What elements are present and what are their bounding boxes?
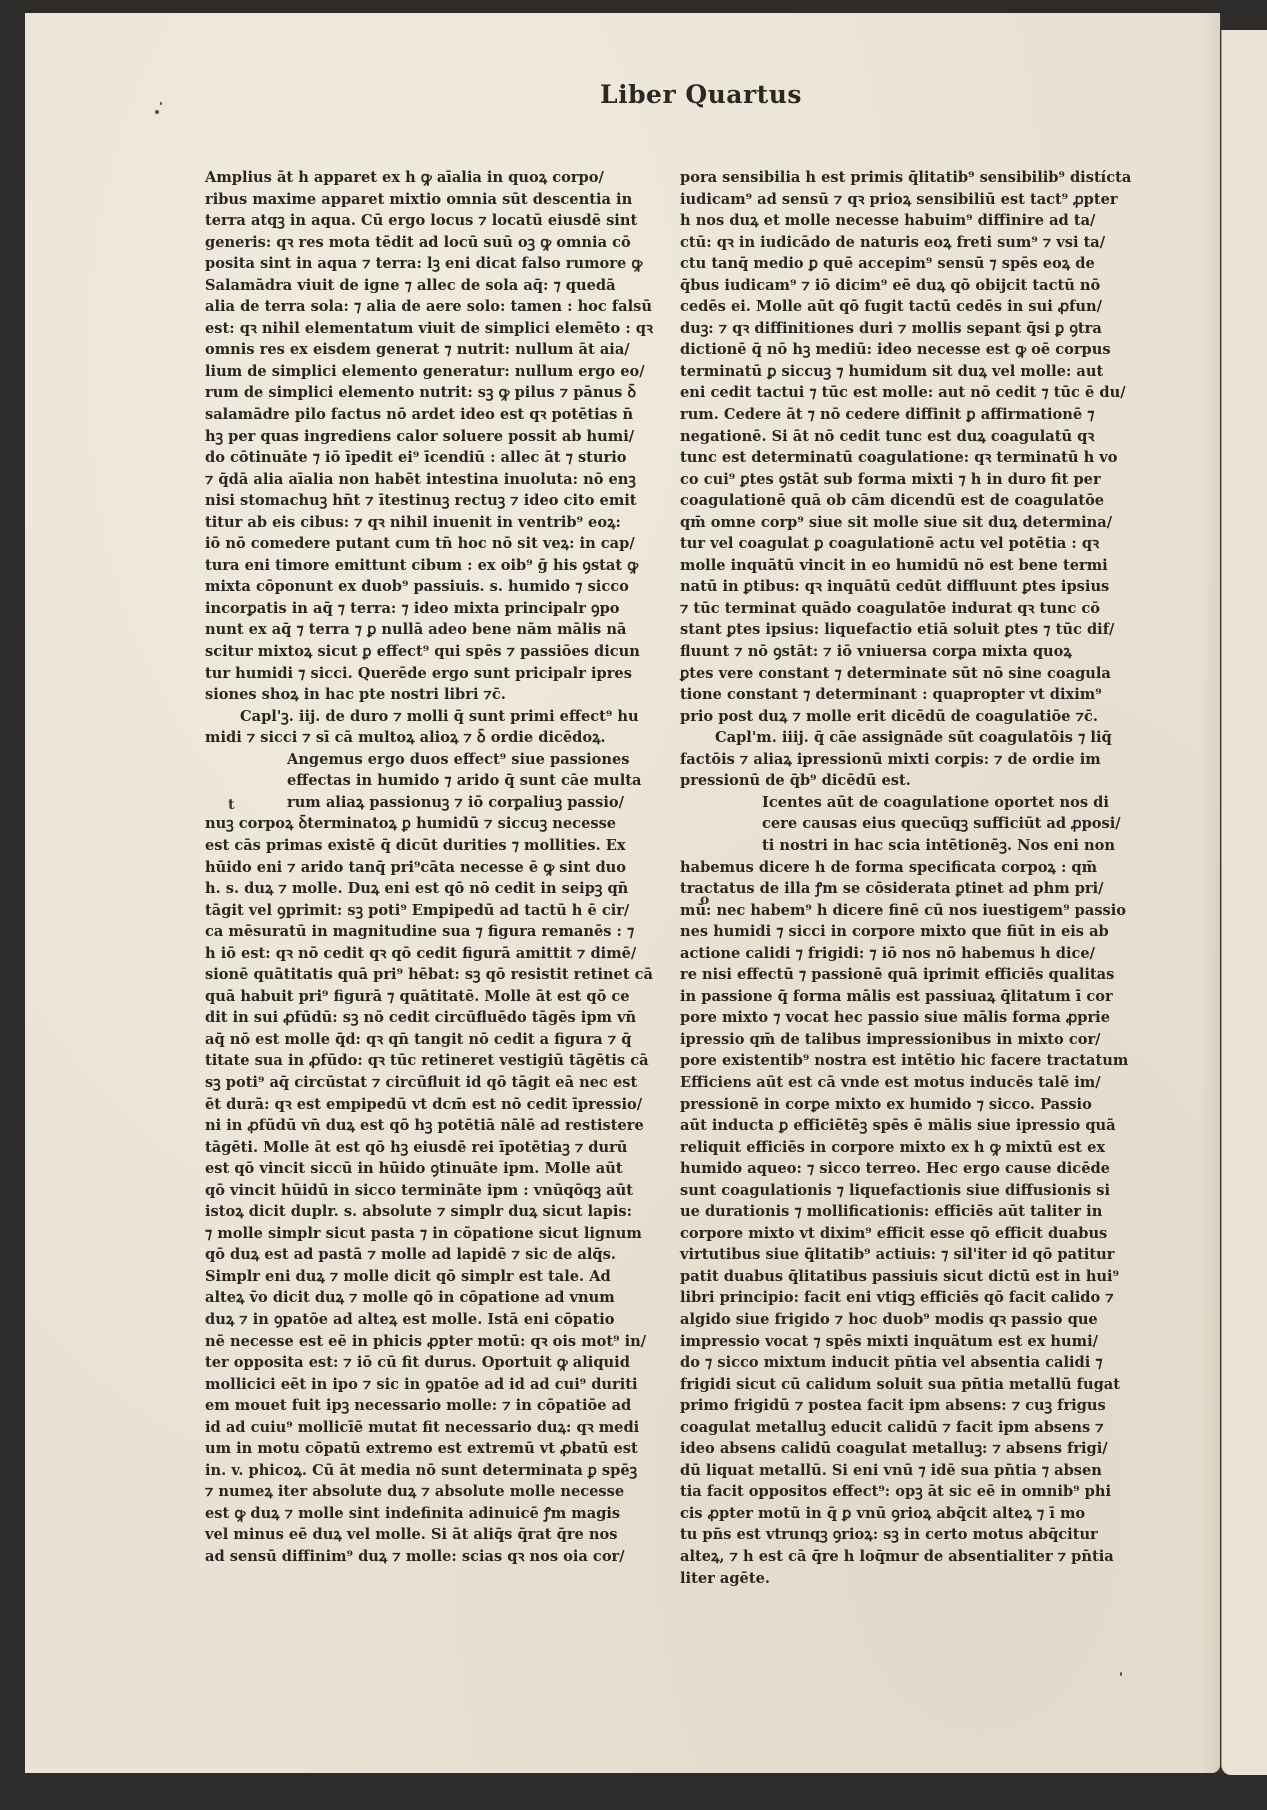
text-line: Efficiens aūt est cā vnde est motus indu… [680, 1072, 1112, 1094]
text-line: aq̄ nō est molle q̄d: qꝛ qn̄ tangit nō c… [205, 1029, 643, 1051]
text-line: midi ⁊ sicci ⁊ sī cā multoꝝ alioꝝ ⁊ ꝺ̄ o… [205, 727, 643, 749]
text-line: ⁊ q̄dā alia aīalia non habēt intestina i… [205, 469, 643, 491]
text-line: incorꝑatis in aq̄ ⁊ terra: ⁊ ideo mixta … [205, 598, 643, 620]
text-line: sꝫ poti⁹ aq̄ circūstat ⁊ circūfluit id q… [205, 1072, 643, 1094]
text-line: sunt coagulationis ⁊ liquefactionis siue… [680, 1180, 1112, 1202]
text-line: ad sensū diffinim⁹ duꝝ ⁊ molle: scias qꝛ… [205, 1546, 643, 1568]
text-line: frigidi sicut cū calidum soluit sua pn̄t… [680, 1374, 1112, 1396]
text-line: pore existentib⁹ nostra est intētio hic … [680, 1050, 1112, 1072]
text-line: ⁊ numeꝝ iter absolute duꝝ ⁊ absolute mol… [205, 1481, 643, 1503]
text-line: qō duꝝ est ad pastā ⁊ molle ad lapidē ⁊ … [205, 1244, 643, 1266]
text-line: pressionū de q̄b⁹ dicēdū est. [680, 770, 1112, 792]
text-line: impressio vocat ⁊ spēs mixti inquātum es… [680, 1331, 1112, 1353]
text-line: h nos duꝝ et molle necesse habuim⁹ diffi… [680, 210, 1112, 232]
text-line: algido siue frigido ⁊ hoc duob⁹ modis qꝛ… [680, 1309, 1112, 1331]
text-line: siones shoꝝ in hac pte nostri libri ⁊c̄. [205, 684, 643, 706]
text-line: pore mixto ⁊ vocat hec passio siue mālis… [680, 1007, 1112, 1029]
text-line: Angemus ergo duos effect⁹ siue passiones [205, 749, 643, 771]
text-line: id ad cuiu⁹ mollicīē mutat fit necessari… [205, 1417, 643, 1439]
text-line: rum aliaꝝ passionuꝫ ⁊ iō corꝑaliuꝫ passi… [205, 792, 643, 814]
text-line: rum de simplici elemento nutrit: sꝫ ꝙ pi… [205, 382, 643, 404]
text-line: patit duabus q̄litatibus passiuis sicut … [680, 1266, 1112, 1288]
text-line: sionē quātitatis quā pri⁹ hēbat: sꝫ qō r… [205, 964, 643, 986]
text-line: molle inquātū vincit in eo humidū nō est… [680, 555, 1112, 577]
text-line: ca mēsuratū in magnitudine sua ⁊ figura … [205, 921, 643, 943]
text-line: fluunt ⁊ nō ꝯstāt: ⁊ iō vniuersa corꝑa m… [680, 641, 1112, 663]
text-line: est ꝙ duꝝ ⁊ molle sint indefinita adinui… [205, 1503, 643, 1525]
text-line: tāgit vel ꝯprimit: sꝫ poti⁹ Empipedū ad … [205, 900, 643, 922]
text-line: do cōtinuāte ⁊ iō īpedit ei⁹ īcendiū : a… [205, 447, 643, 469]
text-line: eni cedit tactui ⁊ tūc est molle: aut nō… [680, 382, 1112, 404]
text-line: hꝫ per quas ingrediens calor soluere pos… [205, 426, 643, 448]
text-line: coagulationē quā ob cām dicendū est de c… [680, 490, 1112, 512]
guide-letter-right: o [700, 892, 709, 908]
text-line: Capl'ꝫ. iij. de duro ⁊ molli q̄ sunt pri… [205, 706, 643, 728]
text-line: cedēs ei. Molle aūt qō fugit tactū cedēs… [680, 296, 1112, 318]
text-line: ctu tanq̄ medio ꝑ quē accepim⁹ sensū ⁊ s… [680, 253, 1112, 275]
text-line: h iō est: qꝛ nō cedit qꝛ qō cedit figurā… [205, 943, 643, 965]
text-line: rum. Cedere āt ⁊ nō cedere diffinit ꝑ af… [680, 404, 1112, 426]
text-line: corpore mixto vt dixim⁹ efficit esse qō … [680, 1223, 1112, 1245]
text-line: tura eni timore emittunt cibum : ex oib⁹… [205, 555, 643, 577]
text-line: tunc est determinatū coagulatione: qꝛ te… [680, 447, 1112, 469]
text-line: lium de simplici elemento generatur: nul… [205, 361, 643, 383]
text-line: cere causas eius quecūqꝫ sufficiūt ad ꝓp… [680, 813, 1112, 835]
text-line: primo frigidū ⁊ postea facit ipm absens:… [680, 1395, 1112, 1417]
text-line: tāgēti. Molle āt est qō hꝫ eiusdē rei īp… [205, 1137, 643, 1159]
text-line: mollicici eēt in ipo ⁊ sic in ꝯpatōe ad … [205, 1374, 643, 1396]
text-line: re nisi effectū ⁊ passionē quā iprimit e… [680, 964, 1112, 986]
text-line: Icentes aūt de coagulatione oportet nos … [680, 792, 1112, 814]
text-line: Simplr eni duꝝ ⁊ molle dicit qō simplr e… [205, 1266, 643, 1288]
guide-letter-left: t [228, 797, 234, 813]
text-line: generis: qꝛ res mota tēdit ad locū suū o… [205, 232, 643, 254]
running-head: Liber Quartus [600, 80, 802, 109]
text-line: terminatū ꝑ siccuꝫ ⁊ humidum sit duꝝ vel… [680, 361, 1112, 383]
text-line: ꝑtes vere constant ⁊ determinate sūt nō … [680, 663, 1112, 685]
text-line: ēt durā: qꝛ est empipedū vt dcm̄ est nō … [205, 1094, 643, 1116]
text-line: negationē. Si āt nō cedit tunc est duꝝ c… [680, 426, 1112, 448]
text-line: dictionē q̄ nō hꝫ mediū: ideo necesse es… [680, 339, 1112, 361]
text-line: omnis res ex eisdem generat ⁊ nutrit: nu… [205, 339, 643, 361]
paper-speck [1120, 1672, 1122, 1676]
text-line: Amplius āt h apparet ex h ꝙ aīalia in qu… [205, 167, 643, 189]
text-line: istoꝝ dicit duplr. s. absolute ⁊ simplr … [205, 1201, 643, 1223]
text-line: mixta cōponunt ex duob⁹ passiuis. s. hum… [205, 576, 643, 598]
text-line: terra atqꝫ in aqua. Cū ergo locus ⁊ loca… [205, 210, 643, 232]
text-column-left: Amplius āt h apparet ex h ꝙ aīalia in qu… [205, 167, 643, 1568]
text-column-right: pora sensibilia h est primis q̄litatib⁹ … [680, 167, 1112, 1589]
text-line: posita sint in aqua ⁊ terra: lꝫ eni dica… [205, 253, 643, 275]
text-line: ni in ꝓfūdū vn̄ duꝝ est qō hꝫ potētiā nā… [205, 1115, 643, 1137]
text-line: qō vincit hūidū in sicco termināte ipm :… [205, 1180, 643, 1202]
text-line: ter opposita est: ⁊ iō cū fit durus. Opo… [205, 1352, 643, 1374]
text-line: ⁊ tūc terminat quādo coagulatōe indurat … [680, 598, 1112, 620]
text-line: cis ꝓpter motū in q̄ ꝑ vnū ꝯrioꝝ abq̄cit… [680, 1503, 1112, 1525]
text-line: alia de terra sola: ⁊ alia de aere solo:… [205, 296, 643, 318]
text-line: Salamādra viuit de igne ⁊ allec de sola … [205, 275, 643, 297]
text-line: nunt ex aq̄ ⁊ terra ⁊ ꝑ nullā adeo bene … [205, 619, 643, 641]
text-line: pora sensibilia h est primis q̄litatib⁹ … [680, 167, 1112, 189]
text-line: ctū: qꝛ in iudicādo de naturis eoꝝ freti… [680, 232, 1112, 254]
text-line: iō nō comedere putant cum tn̄ hoc nō sit… [205, 533, 643, 555]
text-line: duꝫ: ⁊ qꝛ diffinitiones duri ⁊ mollis se… [680, 318, 1112, 340]
text-line: dit in sui ꝓfūdū: sꝫ nō cedit circūfluēd… [205, 1007, 643, 1029]
text-line: tur humidi ⁊ sicci. Querēde ergo sunt pr… [205, 663, 643, 685]
text-line: aūt inducta ꝑ efficiētēꝫ spēs ē mālis si… [680, 1115, 1112, 1137]
text-line: titur ab eis cibus: ⁊ qꝛ nihil inuenit i… [205, 512, 643, 534]
text-line: scitur mixtoꝝ sicut ꝑ effect⁹ qui spēs ⁊… [205, 641, 643, 663]
text-line: nuꝫ corpoꝝ ꝺ̄terminatoꝝ ꝑ humidū ⁊ siccu… [205, 813, 643, 835]
text-line: ti nostri in hac scia intētionēꝫ. Nos en… [680, 835, 1112, 857]
text-line: reliquit efficiēs in corpore mixto ex h … [680, 1137, 1112, 1159]
text-line: ipressio qm̄ de talibus impressionibus i… [680, 1029, 1112, 1051]
text-line: est qō vincit siccū in hūido ꝯtinuāte ip… [205, 1158, 643, 1180]
text-line: coagulat metalluꝫ educit calidū ⁊ facit … [680, 1417, 1112, 1439]
text-line: ribus maxime apparet mixtio omnia sūt de… [205, 189, 643, 211]
text-line: em mouet fuit ipꝫ necessario molle: ⁊ in… [205, 1395, 643, 1417]
text-line: prio post duꝝ ⁊ molle erit dicēdū de coa… [680, 706, 1112, 728]
text-line: vel minus eē duꝝ vel molle. Si āt aliq̄s… [205, 1524, 643, 1546]
text-line: est cās primas existē q̄ dicūt durities … [205, 835, 643, 857]
text-line: q̄bus iudicam⁹ ⁊ iō dicim⁹ eē duꝝ qō obi… [680, 275, 1112, 297]
text-line: h. s. duꝝ ⁊ molle. Duꝝ eni est qō nō ced… [205, 878, 643, 900]
text-line: hūido eni ⁊ arido tanq̄ pri⁹cāta necesse… [205, 857, 643, 879]
text-line: libri principio: facit eni vtiqꝫ efficiē… [680, 1287, 1112, 1309]
page-fold-shadow [1200, 13, 1221, 1773]
text-line: quā habuit pri⁹ figurā ⁊ quātitatē. Moll… [205, 986, 643, 1008]
text-line: alteꝝ v̄o dicit duꝝ ⁊ molle qō in cōpati… [205, 1287, 643, 1309]
text-line: actione calidi ⁊ frigidi: ⁊ iō nos nō ha… [680, 943, 1112, 965]
text-line: est: qꝛ nihil elementatum viuit de simpl… [205, 318, 643, 340]
text-line: humido aqueo: ⁊ sicco terreo. Hec ergo c… [680, 1158, 1112, 1180]
text-line: titate sua in ꝓfūdo: qꝛ tūc retineret ve… [205, 1050, 643, 1072]
text-line: liter agēte. [680, 1568, 1112, 1590]
text-line: ideo absens calidū coagulat metalluꝫ: ⁊ … [680, 1438, 1112, 1460]
text-line: in passione q̄ forma mālis est passiuaꝝ … [680, 986, 1112, 1008]
text-line: tia facit oppositos effect⁹: opꝫ āt sic … [680, 1481, 1112, 1503]
text-line: habemus dicere h de forma specificata co… [680, 857, 1112, 879]
text-line: stant ꝑtes ipsius: liquefactio etiā solu… [680, 619, 1112, 641]
text-line: co cui⁹ ꝑtes ꝯstāt sub forma mixti ⁊ h i… [680, 469, 1112, 491]
text-line: nē necesse est eē in phicis ꝓpter motū: … [205, 1331, 643, 1353]
text-line: pressionē in corꝑe mixto ex humido ⁊ sic… [680, 1094, 1112, 1116]
text-line: factōis ⁊ aliaꝝ ipressionū mixti corꝑis:… [680, 749, 1112, 771]
text-line: duꝝ ⁊ in ꝯpatōe ad alteꝝ est molle. Istā… [205, 1309, 643, 1331]
text-line: Capl'm. iiij. q̄ cāe assignāde sūt coagu… [680, 727, 1112, 749]
paper-speck [155, 110, 159, 114]
text-line: nisi stomachuꝫ hn̄t ⁊ ītestinuꝫ rectuꝫ ⁊… [205, 490, 643, 512]
text-line: nes humidi ⁊ sicci in corpore mixto que … [680, 921, 1112, 943]
text-line: virtutibus siue q̄litatib⁹ actiuis: ⁊ si… [680, 1244, 1112, 1266]
text-line: tione constant ⁊ determinant : quapropte… [680, 684, 1112, 706]
text-line: tractatus de illa ꝭm se cōsiderata ꝑtine… [680, 878, 1112, 900]
text-line: tur vel coagulat ꝑ coagulationē actu vel… [680, 533, 1112, 555]
text-line: alteꝝ, ⁊ h est cā q̄re h loq̄mur de abse… [680, 1546, 1112, 1568]
text-line: salamādre pilo factus nō ardet ideo est … [205, 404, 643, 426]
text-line: tu pn̄s est vtrunqꝫ ꝯrioꝝ: sꝫ in certo m… [680, 1524, 1112, 1546]
text-line: qm̄ omne corp⁹ siue sit molle siue sit d… [680, 512, 1112, 534]
text-line: ue durationis ⁊ mollificationis: efficiē… [680, 1201, 1112, 1223]
paper-speck [160, 102, 162, 105]
text-line: natū in ꝑtibus: qꝛ inquātū cedūt diffluu… [680, 576, 1112, 598]
text-line: mū: nec habem⁹ h dicere finē cū nos iues… [680, 900, 1112, 922]
text-line: ⁊ molle simplr sicut pasta ⁊ in cōpation… [205, 1223, 643, 1245]
adjacent-page-edge [1221, 30, 1267, 1775]
text-line: do ⁊ sicco mixtum inducit pn̄tia vel abs… [680, 1352, 1112, 1374]
text-line: um in motu cōpatū extremo est extremū vt… [205, 1438, 643, 1460]
text-line: iudicam⁹ ad sensū ⁊ qꝛ prioꝝ sensibiliū … [680, 189, 1112, 211]
text-line: in. v. phicoꝝ. Cū āt media nō sunt deter… [205, 1460, 643, 1482]
text-line: effectas in humido ⁊ arido q̄ sunt cāe m… [205, 770, 643, 792]
text-line: dū liquat metallū. Si eni vnū ⁊ idē sua … [680, 1460, 1112, 1482]
